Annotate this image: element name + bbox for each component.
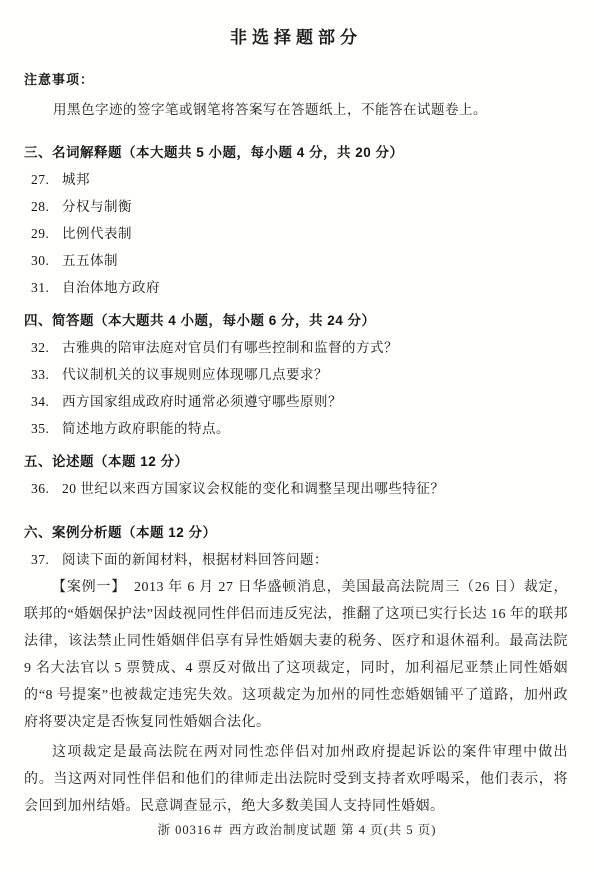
question-number: 36.: [31, 481, 55, 497]
question-number: 30.: [31, 253, 55, 269]
question-text: 五五体制: [62, 253, 118, 268]
question-number: 29.: [31, 226, 55, 242]
section-heading-6: 六、案例分析题（本题 12 分）: [24, 521, 568, 541]
page-footer: 浙 00316＃ 西方政治制度试题 第 4 页(共 5 页): [0, 820, 594, 838]
notice-text: 用黑色字迹的签字笔或钢笔将答案写在答题纸上，不能答在试题卷上。: [24, 98, 568, 118]
page-title: 非选择题部分: [24, 23, 568, 48]
question-text: 自治体地方政府: [62, 280, 160, 295]
question-34: 34.西方国家组成政府时通常必须遵守哪些原则？: [24, 394, 568, 410]
question-text: 简述地方政府职能的特点。: [62, 421, 230, 436]
section-case-analysis: 六、案例分析题（本题 12 分） 37.阅读下面的新闻材料，根据材料回答问题：: [24, 521, 568, 568]
question-31: 31.自治体地方政府: [24, 280, 568, 296]
question-text: 城邦: [62, 172, 90, 187]
question-36: 36.20 世纪以来西方国家议会权能的变化和调整呈现出哪些特征？: [24, 481, 568, 497]
question-text: 分权与制衡: [62, 199, 132, 214]
question-27: 27.城邦: [24, 172, 568, 188]
question-number: 33.: [31, 367, 55, 383]
question-number: 31.: [31, 280, 55, 296]
notice-label: 注意事项：: [24, 69, 568, 88]
section-heading-5: 五、论述题（本题 12 分）: [24, 450, 568, 470]
question-30: 30.五五体制: [24, 253, 568, 269]
question-number: 35.: [31, 421, 55, 437]
question-37: 37.阅读下面的新闻材料，根据材料回答问题：: [24, 552, 568, 568]
question-text: 古雅典的陪审法庭对官员们有哪些控制和监督的方式？: [62, 340, 398, 355]
case-paragraph-2: 这项裁定是最高法院在两对同性恋伴侣对加州政府提起诉讼的案件审理中做出的。当这两对…: [24, 739, 568, 820]
question-number: 37.: [31, 552, 55, 568]
question-33: 33.代议制机关的议事规则应体现哪几点要求？: [24, 367, 568, 383]
section-short-answer: 四、简答题（本大题共 4 小题，每小题 6 分，共 24 分） 32.古雅典的陪…: [24, 309, 568, 437]
question-number: 34.: [31, 394, 55, 410]
question-28: 28.分权与制衡: [24, 199, 568, 215]
question-text: 代议制机关的议事规则应体现哪几点要求？: [62, 367, 328, 382]
question-text: 西方国家组成政府时通常必须遵守哪些原则？: [62, 394, 342, 409]
question-text: 20 世纪以来西方国家议会权能的变化和调整呈现出哪些特征？: [62, 481, 444, 496]
question-29: 29.比例代表制: [24, 226, 568, 242]
question-number: 32.: [31, 340, 55, 356]
exam-page: 非选择题部分 注意事项： 用黑色字迹的签字笔或钢笔将答案写在答题纸上，不能答在试…: [0, 0, 594, 872]
case-material: 【案例一】 2013 年 6 月 27 日华盛顿消息，美国最高法院周三（26 日…: [24, 574, 568, 820]
question-number: 28.: [31, 199, 55, 215]
question-number: 27.: [31, 172, 55, 188]
question-text: 阅读下面的新闻材料，根据材料回答问题：: [62, 552, 328, 567]
section-heading-4: 四、简答题（本大题共 4 小题，每小题 6 分，共 24 分）: [24, 309, 568, 329]
notice-block: 注意事项： 用黑色字迹的签字笔或钢笔将答案写在答题纸上，不能答在试题卷上。: [24, 69, 568, 118]
section-term-definitions: 三、名词解释题（本大题共 5 小题，每小题 4 分，共 20 分） 27.城邦 …: [24, 141, 568, 296]
case-paragraph-1: 【案例一】 2013 年 6 月 27 日华盛顿消息，美国最高法院周三（26 日…: [24, 574, 568, 736]
section-heading-3: 三、名词解释题（本大题共 5 小题，每小题 4 分，共 20 分）: [24, 141, 568, 161]
question-35: 35.简述地方政府职能的特点。: [24, 421, 568, 437]
section-essay: 五、论述题（本题 12 分） 36.20 世纪以来西方国家议会权能的变化和调整呈…: [24, 450, 568, 497]
question-text: 比例代表制: [62, 226, 132, 241]
question-32: 32.古雅典的陪审法庭对官员们有哪些控制和监督的方式？: [24, 340, 568, 356]
